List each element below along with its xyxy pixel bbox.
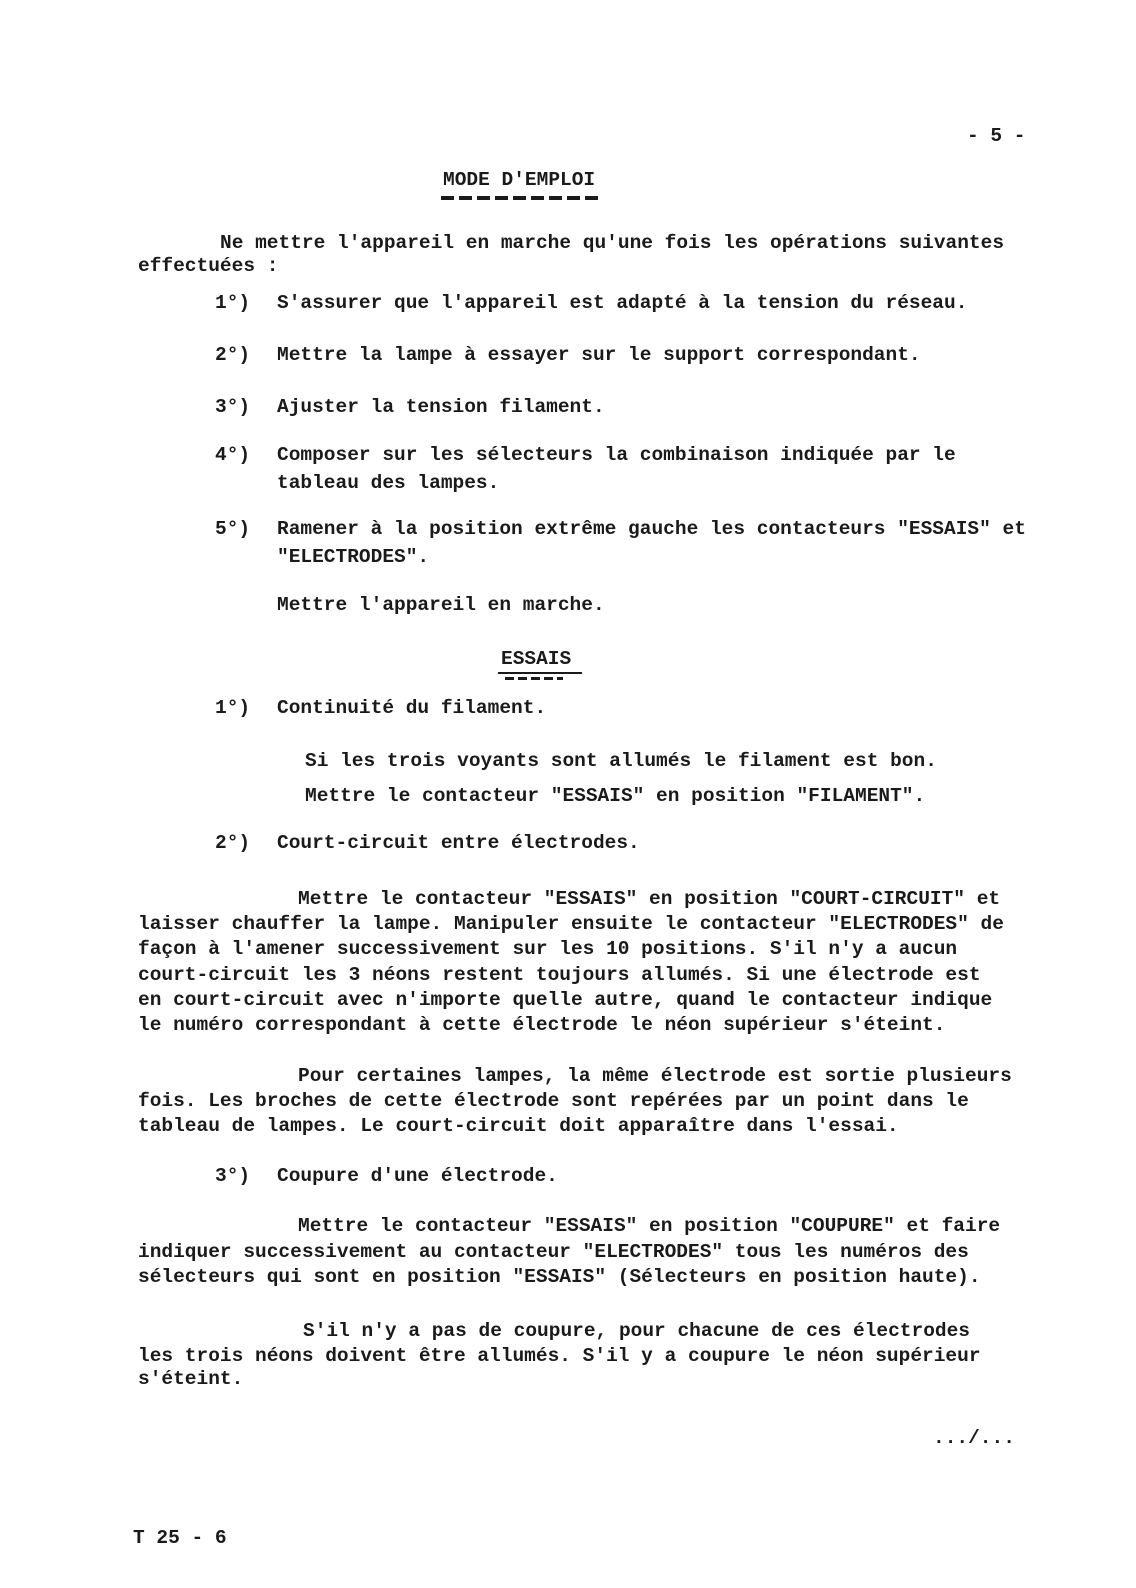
step-number: 4°) [215,445,250,466]
heading-underline-dashes [505,677,563,680]
intro-line: effectuées : [138,256,278,277]
paragraph-line: le numéro correspondant à cette électrod… [138,1015,945,1036]
document-reference: T 25 - 6 [133,1528,227,1549]
step-text: Ramener à la position extrême gauche les… [277,519,1026,540]
step-number: 2°) [215,345,250,366]
paragraph-line: sélecteurs qui sont en position "ESSAIS"… [138,1267,981,1288]
paragraph-line: Pour certaines lampes, la même électrode… [298,1066,1012,1087]
essai-item-number: 1°) [215,698,250,719]
step-number: 1°) [215,293,250,314]
step-number: 5°) [215,519,250,540]
step-text: S'assurer que l'appareil est adapté à la… [277,293,967,314]
continuation-mark: .../... [933,1428,1015,1449]
essai-item-title: Continuité du filament. [277,698,546,719]
section-heading: ESSAIS [501,649,571,670]
step-number: 3°) [215,397,250,418]
paragraph-line: laisser chauffer la lampe. Manipuler ens… [138,914,1004,935]
paragraph-line: court-circuit les 3 néons restent toujou… [138,965,981,986]
intro-line: Ne mettre l'appareil en marche qu'une fo… [220,233,1004,254]
step-text: tableau des lampes. [277,473,499,494]
essai-item-number: 3°) [215,1166,250,1187]
heading-underline [498,672,582,674]
paragraph-line: façon à l'amener successivement sur les … [138,939,957,960]
paragraph-line: Mettre le contacteur "ESSAIS" en positio… [298,889,1000,910]
essai-item-title: Court-circuit entre électrodes. [277,833,640,854]
step-text: Ajuster la tension filament. [277,397,605,418]
paragraph-line: en court-circuit avec n'importe quelle a… [138,990,992,1011]
essai-item-title: Coupure d'une électrode. [277,1166,558,1187]
title-underline [441,196,601,200]
step-text: "ELECTRODES". [277,547,429,568]
document-title: MODE D'EMPLOI [443,170,595,191]
paragraph-line: indiquer successivement au contacteur "E… [138,1242,969,1263]
essai-subline: Si les trois voyants sont allumés le fil… [305,751,937,772]
paragraph-line: Mettre le contacteur "ESSAIS" en positio… [298,1216,1000,1237]
step-text: Composer sur les sélecteurs la combinais… [277,445,956,466]
step-text: Mettre la lampe à essayer sur le support… [277,345,921,366]
paragraph-line: S'il n'y a pas de coupure, pour chacune … [303,1321,970,1342]
paragraph-line: tableau de lampes. Le court-circuit doit… [138,1116,899,1137]
essai-item-number: 2°) [215,833,250,854]
paragraph-line: fois. Les broches de cette électrode son… [138,1091,969,1112]
start-instruction: Mettre l'appareil en marche. [277,595,605,616]
essai-subline: Mettre le contacteur "ESSAIS" en positio… [305,786,925,807]
paragraph-line: les trois néons doivent être allumés. S'… [138,1346,981,1367]
page-number: - 5 - [967,126,1026,147]
document-page: - 5 - MODE D'EMPLOI Ne mettre l'appareil… [0,0,1136,1588]
paragraph-line: s'éteint. [138,1369,243,1390]
